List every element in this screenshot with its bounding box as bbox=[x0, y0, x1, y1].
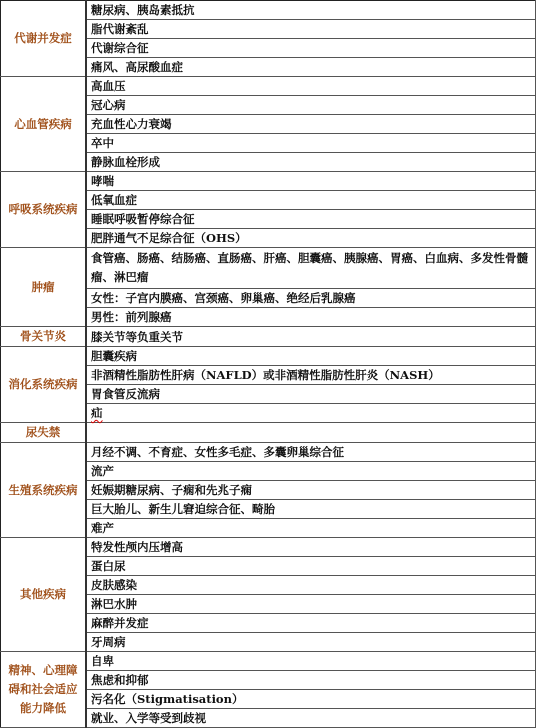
item-cell: 痛风、高尿酸血症 bbox=[86, 58, 536, 77]
category-cell-tumor: 肿瘤 bbox=[1, 248, 87, 327]
item-cell: 冠心病 bbox=[86, 96, 536, 115]
item-cell: 月经不调、不育症、女性多毛症、多囊卵巢综合征 bbox=[86, 443, 536, 462]
item-cell: 妊娠期糖尿病、子痫和先兆子痫 bbox=[86, 481, 536, 500]
item-cell: 糖尿病、胰岛素抵抗 bbox=[86, 1, 536, 20]
item-cell: 皮肤感染 bbox=[86, 576, 536, 595]
item-cell-empty bbox=[86, 423, 536, 443]
item-cell: 难产 bbox=[86, 519, 536, 538]
category-cell-osteoarthritis: 骨关节炎 bbox=[1, 327, 87, 347]
item-cell: 脂代谢紊乱 bbox=[86, 20, 536, 39]
item-cell: 睡眠呼吸暂停综合征 bbox=[86, 210, 536, 229]
table-row: 代谢并发症 糖尿病、胰岛素抵抗 bbox=[1, 1, 536, 20]
item-cell: 静脉血栓形成 bbox=[86, 153, 536, 172]
item-cell: 膝关节等负重关节 bbox=[86, 327, 536, 347]
item-cell: 胆囊疾病 bbox=[86, 347, 536, 366]
category-cell-respiratory: 呼吸系统疾病 bbox=[1, 172, 87, 248]
table-row: 肿瘤 食管癌、肠癌、结肠癌、直肠癌、肝癌、胆囊癌、胰腺癌、胃癌、白血病、多发性骨… bbox=[1, 248, 536, 289]
table-row: 尿失禁 bbox=[1, 423, 536, 443]
item-cell: 卒中 bbox=[86, 134, 536, 153]
item-cell: 就业、入学等受到歧视 bbox=[86, 709, 536, 721]
category-cell-psychological: 精神、心理障碍和社会适应能力降低 bbox=[1, 652, 87, 721]
category-cell-metabolic: 代谢并发症 bbox=[1, 1, 87, 77]
item-cell: 疝 bbox=[86, 404, 536, 423]
item-cell: 麻醉并发症 bbox=[86, 614, 536, 633]
item-cell: 充血性心力衰竭 bbox=[86, 115, 536, 134]
item-cell: 牙周病 bbox=[86, 633, 536, 652]
category-cell-incontinence: 尿失禁 bbox=[1, 423, 87, 443]
table-row: 骨关节炎 膝关节等负重关节 bbox=[1, 327, 536, 347]
table-row: 生殖系统疾病 月经不调、不育症、女性多毛症、多囊卵巢综合征 bbox=[1, 443, 536, 462]
item-cell: 女性：子宫内膜癌、宫颈癌、卵巢癌、绝经后乳腺癌 bbox=[86, 289, 536, 308]
category-cell-other: 其他疾病 bbox=[1, 538, 87, 652]
item-cell: 流产 bbox=[86, 462, 536, 481]
item-cell: 淋巴水肿 bbox=[86, 595, 536, 614]
item-cell: 焦虑和抑郁 bbox=[86, 671, 536, 690]
table-row: 精神、心理障碍和社会适应能力降低 自卑 bbox=[1, 652, 536, 671]
table-row: 其他疾病 特发性颅内压增高 bbox=[1, 538, 536, 557]
item-cell: 低氧血症 bbox=[86, 191, 536, 210]
item-cell: 巨大胎儿、新生儿窘迫综合征、畸胎 bbox=[86, 500, 536, 519]
item-cell: 特发性颅内压增高 bbox=[86, 538, 536, 557]
item-cell: 肥胖通气不足综合征（OHS） bbox=[86, 229, 536, 248]
item-cell: 高血压 bbox=[86, 77, 536, 96]
item-cell: 男性：前列腺癌 bbox=[86, 308, 536, 327]
item-cell: 哮喘 bbox=[86, 172, 536, 191]
item-cell: 蛋白尿 bbox=[86, 557, 536, 576]
item-cell: 食管癌、肠癌、结肠癌、直肠癌、肝癌、胆囊癌、胰腺癌、胃癌、白血病、多发性骨髓瘤、… bbox=[86, 248, 536, 289]
table-row: 呼吸系统疾病 哮喘 bbox=[1, 172, 536, 191]
item-cell: 非酒精性脂肪性肝病（NAFLD）或非酒精性脂肪性肝炎（NASH） bbox=[86, 366, 536, 385]
spellcheck-underlined-text: 疝 bbox=[91, 406, 103, 420]
category-cell-reproductive: 生殖系统疾病 bbox=[1, 443, 87, 538]
item-cell: 污名化（Stigmatisation） bbox=[86, 690, 536, 709]
category-cell-digestive: 消化系统疾病 bbox=[1, 347, 87, 423]
item-cell: 胃食管反流病 bbox=[86, 385, 536, 404]
item-cell: 自卑 bbox=[86, 652, 536, 671]
category-cell-cardiovascular: 心血管疾病 bbox=[1, 77, 87, 172]
table-row: 消化系统疾病 胆囊疾病 bbox=[1, 347, 536, 366]
item-cell: 代谢综合征 bbox=[86, 39, 536, 58]
table-row: 心血管疾病 高血压 bbox=[1, 77, 536, 96]
comorbidity-table: 代谢并发症 糖尿病、胰岛素抵抗 脂代谢紊乱 代谢综合征 痛风、高尿酸血症 心血管… bbox=[0, 0, 536, 720]
